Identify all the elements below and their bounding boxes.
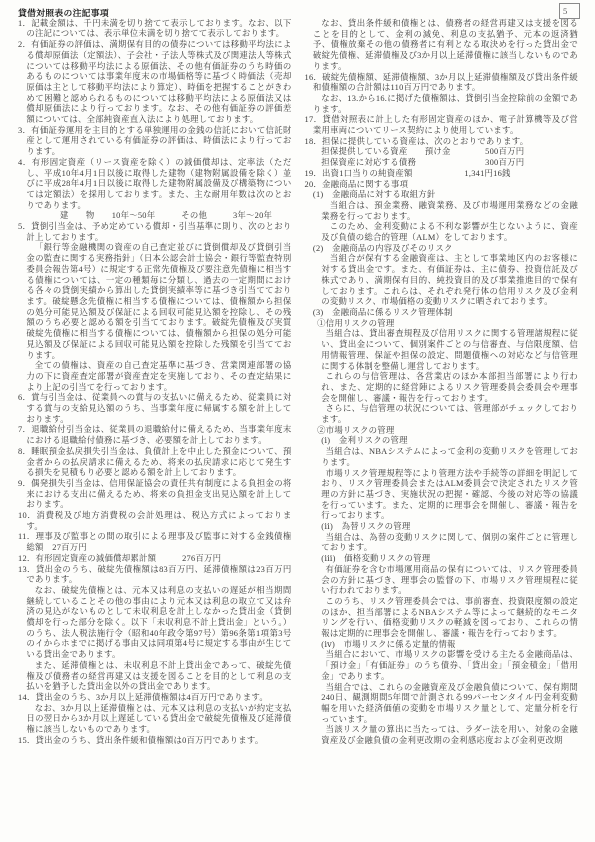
note-risk-subheading: (ⅰ) 金利リスクの管理 — [305, 436, 579, 447]
note-item: 7．退職給付引当金は、従業員の退職給付に備えるため、当事業年度末における退職給付… — [18, 425, 292, 446]
note-detail-line: 担保提供している資産 預け金 500百万円 — [305, 147, 579, 158]
note-paragraph: 当組合は、為替の変動リスクに関して、個別の案件ごとに管理しております。 — [305, 533, 579, 554]
note-item: 14．貸出金のうち、3か月以上延滞債権額は4百万円であります。 — [18, 693, 292, 704]
note-item: 19．出資1口当りの純資産額 1,341円16銭 — [305, 169, 579, 180]
note-subitem-heading: (2) 金融商品の内容及びそのリスク — [305, 244, 579, 255]
note-paragraph: なお、13.から16.に掲げた債権額は、貸倒引当金控除前の金額であります。 — [305, 94, 579, 115]
note-paragraph: 当組合は、NBAシステムによって金利の変動リスクを管理しております。 — [305, 447, 579, 468]
note-item: 12．有形固定資産の減価償却累計額 276百万円 — [18, 554, 292, 565]
note-item: 1．記載金額は、千円未満を切り捨てて表示しております。なお、以下の注記については… — [18, 19, 292, 40]
note-item: 15．貸出金のうち、貸出条件緩和債権額は0百万円であります。 — [18, 736, 292, 747]
note-paragraph: 当組合は、貸出審査規程及び信用リスクに関する管理諸規程に従い、貸出金について、個… — [305, 329, 579, 372]
note-detail-line: 担保資産に対応する債務 300百万円 — [305, 158, 579, 169]
note-subitem-heading: (3) 金融商品に係るリスク管理体制 — [305, 308, 579, 319]
note-item: 3．有価証券運用を主目的とする単独運用の金銭の信託において信託財産として運用され… — [18, 126, 292, 158]
note-paragraph: 当組合が保有する金融資産は、主として事業地区内のお客様に対する貸出金です。また、… — [305, 254, 579, 308]
note-paragraph: 当該リスク量の算出に当たっては、ラダー法を用い、対象の金融資産及び金融負債の金利… — [305, 725, 579, 746]
note-subitem-heading: (1) 金融商品に対する取組方針 — [305, 190, 579, 201]
right-column: なお、貸出条件緩和債権とは、債務者の経営再建又は支援を図ることを目的として、金利… — [305, 8, 579, 747]
note-paragraph: 当組合において、市場リスクの影響を受ける主たる金融商品は、「預け金」「有価証券」… — [305, 650, 579, 682]
note-paragraph: なお、破綻先債権とは、元本又は利息の支払いの遅延が相当期間継続していることその他… — [18, 586, 292, 661]
note-risk-subheading: (ⅲ) 価格変動リスクの管理 — [305, 554, 579, 565]
note-paragraph: また、延滞債権とは、未収利息不計上貸出金であって、破綻先債権及び債務者の経営再建… — [18, 661, 292, 693]
note-item: 16．破綻先債権額、延滞債権額、3か月以上延滞債権額及び貸出条件緩和債権額の合計… — [305, 73, 579, 94]
note-paragraph: 市場リスク管理規程等により管理方法や手続等の詳細を明記しており、リスク管理委員会… — [305, 469, 579, 523]
note-paragraph: これらの与信管理は、各営業店のほか本部担当部署により行われ、また、定期的に経営陣… — [305, 372, 579, 404]
note-item: 17．貸借対照表に計上した有形固定資産のほか、電子計算機等及び営業用車両について… — [305, 115, 579, 136]
note-risk-subheading: (ⅳ) 市場リスクに係る定量的情報 — [305, 640, 579, 651]
note-paragraph: 当組合は、預金業務、融資業務、及び市場運用業務などの金融業務を行っております。 — [305, 201, 579, 222]
page-number: 5 — [559, 3, 580, 19]
note-item: 13．貸出金のうち、破綻先債権額は83百万円、延滞債権額は23百万円であります。 — [18, 565, 292, 586]
note-item: 2．有価証券の評価は、満期保有目的の債券については移動平均法による償却原価法（定… — [18, 40, 292, 126]
note-paragraph: 「銀行等金融機関の資産の自己査定並びに貸倒償却及び貸倒引当金の監査に関する実務指… — [18, 243, 292, 361]
note-paragraph: 当組合では、これらの金融資産及び金融負債について、保有期間240日、観測期間5年… — [305, 683, 579, 726]
page-title: 貸借対照表の注記事項 — [18, 8, 292, 19]
note-item: 10．消費税及び地方消費税の会計処理は、税込方式によっております。 — [18, 511, 292, 532]
note-item: 20．金融商品に関する事項 — [305, 180, 579, 191]
note-item: 4．有形固定資産（リース資産を除く）の減価償却は、定率法（ただし、平成10年4月… — [18, 158, 292, 212]
note-item: 11．理事及び監事との間の取引による理事及び監事に対する金銭債権総額 27百万円 — [18, 532, 292, 553]
note-paragraph: このうち、リスク管理委員会では、事前審査、投資限度額の設定のほか、担当部署による… — [305, 597, 579, 640]
note-paragraph: なお、3か月以上延滞債権とは、元本又は利息の支払いが約定支払日の翌日から3か月以… — [18, 704, 292, 736]
note-risk-subheading: (ⅱ) 為替リスクの管理 — [305, 522, 579, 533]
note-paragraph: なお、貸出条件緩和債権とは、債務者の経営再建又は支援を図ることを目的として、金利… — [305, 19, 579, 73]
note-paragraph: このため、金利変動による不利な影響が生じないように、資産及び負債の総合的管理（A… — [305, 222, 579, 243]
note-detail-line: 建 物 10年～50年 その他 3年～20年 — [18, 211, 292, 222]
note-item: 9．偶発損失引当金は、信用保証協会の責任共有制度による負担金の将来における支出に… — [18, 479, 292, 511]
note-item: 6．賞与引当金は、従業員への賞与の支払いに備えるため、従業員に対する賞与の支給見… — [18, 393, 292, 425]
note-item: 5．貸倒引当金は、予め定めている償却・引当基準に則り、次のとおり計上しております… — [18, 222, 292, 243]
document-page: 5 貸借対照表の注記事項 1．記載金額は、千円未満を切り捨てて表示しております。… — [0, 0, 595, 842]
left-column: 貸借対照表の注記事項 1．記載金額は、千円未満を切り捨てて表示しております。なお… — [18, 8, 292, 747]
note-paragraph: 全ての債権は、資産の自己査定基準に基づき、営業関連部署の協力の下に資産査定部署が… — [18, 361, 292, 393]
note-item: 8．睡眠預金払戻損失引当金は、負債計上を中止した預金について、預金者からの払戻請… — [18, 447, 292, 479]
note-paragraph: 有価証券を含む市場運用商品の保有については、リスク管理委員会の方針に基づき、理事… — [305, 565, 579, 597]
two-column-layout: 貸借対照表の注記事項 1．記載金額は、千円未満を切り捨てて表示しております。なお… — [18, 8, 578, 747]
note-risk-heading: ①信用リスクの管理 — [305, 319, 579, 330]
note-item: 18．担保に提供している資産は、次のとおりであります。 — [305, 137, 579, 148]
note-paragraph: さらに、与信管理の状況については、管理部がチェックしております。 — [305, 404, 579, 425]
note-risk-heading: ②市場リスクの管理 — [305, 426, 579, 437]
